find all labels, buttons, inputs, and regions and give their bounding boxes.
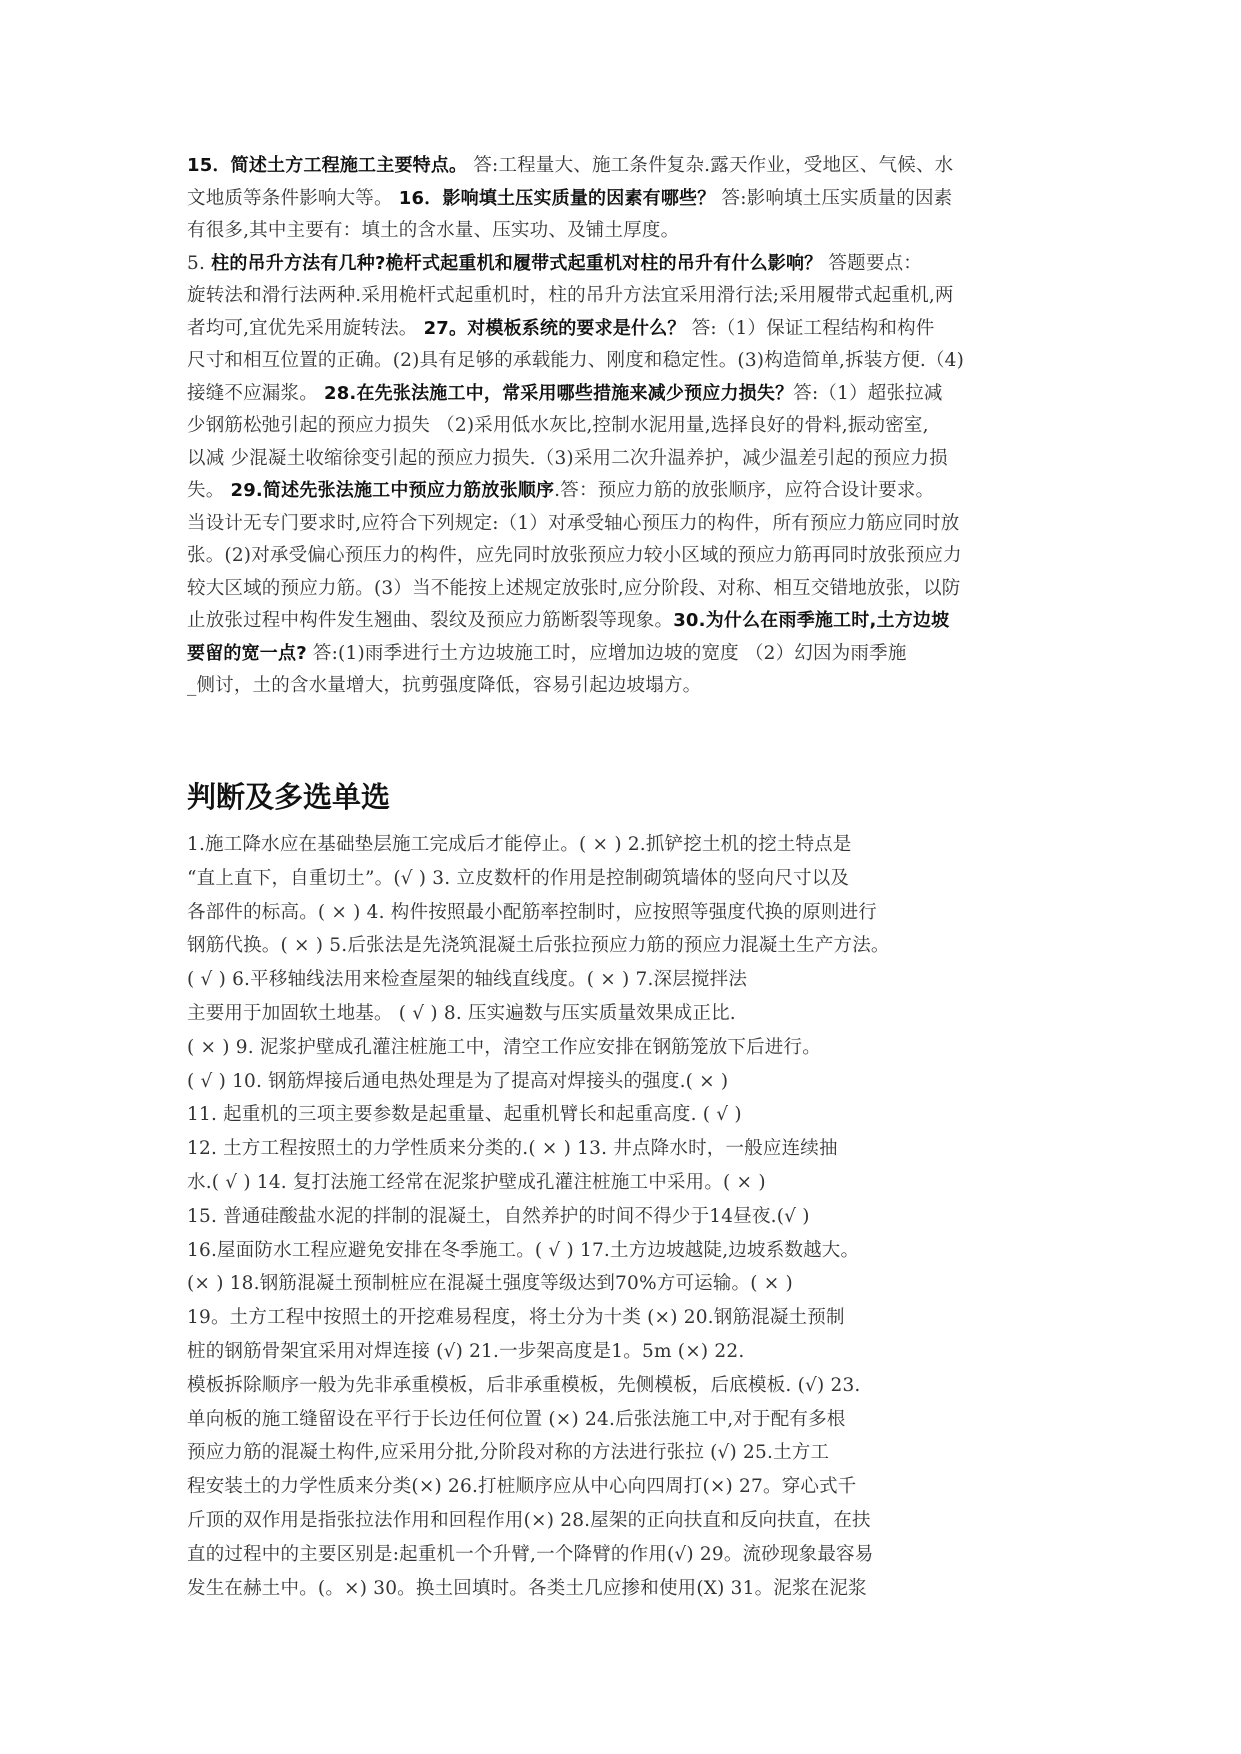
text-line: 较大区域的预应力筋。(3）当不能按上述规定放张时,应分阶段、对称、相互交错地放张… [187,573,1057,606]
text-line: 少钢筋松弛引起的预应力损失 （2)采用低水灰比,控制水泥用量,选择良好的骨料,振… [187,410,1057,443]
answer-text: 答:工程量大、施工条件复杂.露天作业，受地区、气候、水 [467,155,953,176]
judgment-line: 19。土方工程中按照土的开挖难易程度，将土分为十类 (×) 20.钢筋混凝土预制 [187,1301,1067,1335]
judgment-line: 单向板的施工缝留设在平行于长边任何位置 (×) 24.后张法施工中,对于配有多根 [187,1403,1067,1437]
text-line: 当设计无专门要求时,应符合下列规定:（1）对承受轴心预压力的构件，所有预应力筋应… [187,508,1057,541]
judgment-line: 直的过程中的主要区别是:起重机一个升臂,一个降臂的作用(√) 29。流砂现象最容… [187,1538,1067,1572]
judgment-line: “直上直下，自重切土”。(√ ) 3. 立皮数杆的作用是控制砌筑墙体的竖向尺寸以… [187,862,1067,896]
judgment-line: 11. 起重机的三项主要参数是起重量、起重机臂长和起重高度. ( √ ) [187,1098,1067,1132]
judgment-line: ( × ) 9. 泥浆护壁成孔灌注桩施工中，清空工作应安排在钢筋笼放下后进行。 [187,1031,1067,1065]
answer-text: 以减 少混凝土收缩徐变引起的预应力损失.（3)采用二次升温养护，减少温差引起的预… [187,448,948,469]
answer-text: 答:（1）保证工程结构和构件 [686,318,935,339]
qa-section: 15．简述土方工程施工主要特点。 答:工程量大、施工条件复杂.露天作业，受地区、… [187,150,1057,703]
answer-text: 接缝不应漏浆。 [187,383,324,404]
answer-text: 当设计无专门要求时,应符合下列规定:（1）对承受轴心预压力的构件，所有预应力筋应… [187,513,960,534]
answer-text: 旋转法和滑行法两种.采用桅杆式起重机时，柱的吊升方法宜采用滑行法;采用履带式起重… [187,285,954,306]
answer-text: 少钢筋松弛引起的预应力损失 （2)采用低水灰比,控制水泥用量,选择良好的骨料,振… [187,415,929,436]
section-heading: 判断及多选单选 [187,775,390,816]
text-line: 文地质等条件影响大等。 16．影响填土压实质量的因素有哪些？ 答:影响填土压实质… [187,183,1057,216]
judgment-line: 15. 普通硅酸盐水泥的拌制的混凝土，自然养护的时间不得少于14昼夜.(√ ) [187,1200,1067,1234]
judgment-line: 钢筋代换。( × ) 5.后张法是先浇筑混凝土后张拉预应力筋的预应力混凝土生产方… [187,929,1067,963]
answer-text: 答:影响填土压实质量的因素 [715,188,952,209]
answer-text: 答题要点： [822,253,922,274]
judgment-line: 1.施工降水应在基础垫层施工完成后才能停止。( × ) 2.抓铲挖土机的挖土特点… [187,828,1067,862]
text-line: 者均可,宜优先采用旋转法。 27。对模板系统的要求是什么？ 答:（1）保证工程结… [187,313,1057,346]
judgment-line: 桩的钢筋骨架宜采用对焊连接 (√) 21.一步架高度是1。5m (×) 22. [187,1335,1067,1369]
text-line: _侧讨，土的含水量增大，抗剪强度降低，容易引起边坡塌方。 [187,670,1057,703]
answer-text: 者均可,宜优先采用旋转法。 [187,318,424,339]
text-line: 张。(2)对承受偏心预压力的构件，应先同时放张预应力较小区域的预应力筋再同时放张… [187,540,1057,573]
question-text: 28.在先张法施工中，常采用哪些措施来减少预应力损失？ [324,383,793,404]
judgment-line: 发生在赫土中。(。×) 30。换土回填时。各类土几应掺和使用(X) 31。泥浆在… [187,1572,1067,1606]
answer-text: 5. [187,253,211,274]
answer-text: 有很多,其中主要有：填土的含水量、压实功、及铺土厚度。 [187,220,679,241]
answer-text: 答:（1）超张拉减 [793,383,942,404]
answer-text: 答:(1)雨季进行土方边坡施工时，应增加边坡的宽度 （2）幻因为雨季施 [307,643,907,664]
judgment-line: 16.屋面防水工程应避免安排在冬季施工。( √ ) 17.土方边坡越陡,边坡系数… [187,1234,1067,1268]
text-line: 旋转法和滑行法两种.采用桅杆式起重机时，柱的吊升方法宜采用滑行法;采用履带式起重… [187,280,1057,313]
answer-text: 较大区域的预应力筋。(3）当不能按上述规定放张时,应分阶段、对称、相互交错地放张… [187,578,960,599]
answer-text: 止放张过程中构件发生翘曲、裂纹及预应力筋断裂等现象。 [187,610,673,631]
question-text: 要留的宽一点? [187,643,307,664]
answer-text: .答：预应力筋的放张顺序，应符合设计要求。 [554,480,934,501]
text-line: 要留的宽一点? 答:(1)雨季进行土方边坡施工时，应增加边坡的宽度 （2）幻因为… [187,638,1057,671]
text-line: 失。 29.简述先张法施工中预应力筋放张顺序.答：预应力筋的放张顺序，应符合设计… [187,475,1057,508]
answer-text: 张。(2)对承受偏心预压力的构件，应先同时放张预应力较小区域的预应力筋再同时放张… [187,545,962,566]
question-text: 30.为什么在雨季施工时,土方边坡 [673,610,949,631]
question-text: 27。对模板系统的要求是什么？ [424,318,686,339]
judgment-line: 主要用于加固软土地基。 ( √ ) 8. 压实遍数与压实质量效果成正比. [187,997,1067,1031]
text-line: 以减 少混凝土收缩徐变引起的预应力损失.（3)采用二次升温养护，减少温差引起的预… [187,443,1057,476]
text-line: 接缝不应漏浆。 28.在先张法施工中，常采用哪些措施来减少预应力损失？答:（1）… [187,378,1057,411]
text-line: 15．简述土方工程施工主要特点。 答:工程量大、施工条件复杂.露天作业，受地区、… [187,150,1057,183]
judgment-line: 模板拆除顺序一般为先非承重模板，后非承重模板，先侧模板，后底模板. (√) 23… [187,1369,1067,1403]
judgment-line: 斤顶的双作用是指张拉法作用和回程作用(×) 28.屋架的正向扶直和反向扶直，在扶 [187,1504,1067,1538]
judgment-line: ( √ ) 10. 钢筋焊接后通电热处理是为了提高对焊接头的强度.( × ) [187,1065,1067,1099]
answer-text: 尺寸和相互位置的正确。(2)具有足够的承载能力、刚度和稳定性。(3)构造简单,拆… [187,350,964,371]
judgment-line: 水.( √ ) 14. 复打法施工经常在泥浆护壁成孔灌注桩施工中采用。( × ) [187,1166,1067,1200]
text-line: 有很多,其中主要有：填土的含水量、压实功、及铺土厚度。 [187,215,1057,248]
judgment-line: 预应力筋的混凝土构件,应采用分批,分阶段对称的方法进行张拉 (√) 25.土方工 [187,1436,1067,1470]
text-line: 止放张过程中构件发生翘曲、裂纹及预应力筋断裂等现象。30.为什么在雨季施工时,土… [187,605,1057,638]
question-text: 29.简述先张法施工中预应力筋放张顺序 [230,480,554,501]
question-text: 16．影响填土压实质量的因素有哪些？ [399,188,716,209]
question-text: 柱的吊升方法有几种?桅杆式起重机和履带式起重机对柱的吊升有什么影响？ [211,253,822,274]
question-text: 15．简述土方工程施工主要特点。 [187,155,467,176]
judgment-line: 程安装土的力学性质来分类(×) 26.打桩顺序应从中心向四周打(×) 27。穿心… [187,1470,1067,1504]
answer-text: 失。 [187,480,230,501]
judgment-line: (× ) 18.钢筋混凝土预制桩应在混凝土强度等级达到70%方可运输。( × ) [187,1267,1067,1301]
judgment-line: ( √ ) 6.平移轴线法用来检查屋架的轴线直线度。( × ) 7.深层搅拌法 [187,963,1067,997]
answer-text: 文地质等条件影响大等。 [187,188,399,209]
text-line: 5. 柱的吊升方法有几种?桅杆式起重机和履带式起重机对柱的吊升有什么影响？ 答题… [187,248,1057,281]
judgment-line: 各部件的标高。( × ) 4. 构件按照最小配筋率控制时，应按照等强度代换的原则… [187,896,1067,930]
answer-text: _侧讨，土的含水量增大，抗剪强度降低，容易引起边坡塌方。 [187,675,701,696]
true-false-section: 1.施工降水应在基础垫层施工完成后才能停止。( × ) 2.抓铲挖土机的挖土特点… [187,828,1067,1605]
text-line: 尺寸和相互位置的正确。(2)具有足够的承载能力、刚度和稳定性。(3)构造简单,拆… [187,345,1057,378]
judgment-line: 12. 土方工程按照土的力学性质来分类的.( × ) 13. 井点降水时，一般应… [187,1132,1067,1166]
